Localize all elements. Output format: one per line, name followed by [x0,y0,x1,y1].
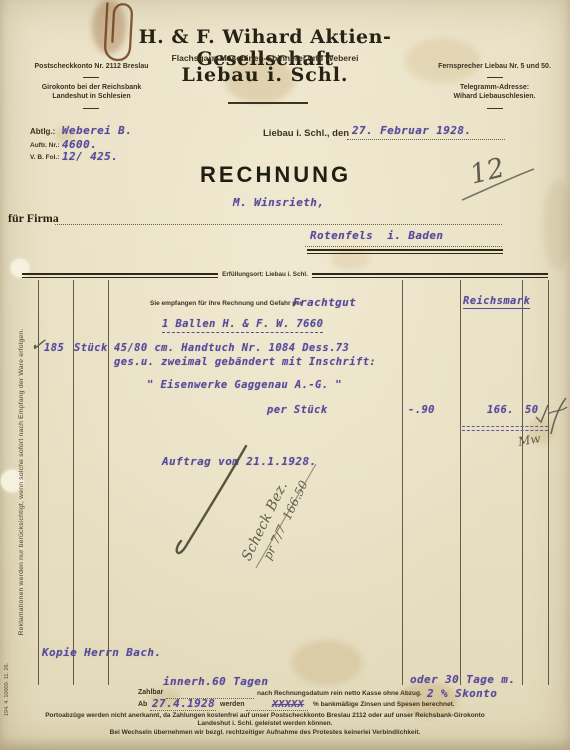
crossed-value: XXXXX [272,699,304,710]
addressee-name: M. Winsrieth, [233,196,324,209]
order-note: Auftrag vom 21.1.1928. [162,455,317,468]
auftr-label: Auftr. Nr.: [30,142,60,150]
package-line: 1 Ballen H. & F. W. 7660 [162,318,323,333]
ab-blank [150,709,216,711]
shipping-printed-label: Sie empfangen für ihre Rechnung und Gefa… [150,300,302,308]
city-underline [228,102,308,104]
table-column-line [402,280,403,685]
wechsel-line: Bei Wechseln übernehmen wir bezgl. recht… [0,729,530,737]
divider [83,108,99,109]
girokonto-line2: Landeshut in Schlesien [14,93,169,102]
row-qty: 185 [44,342,64,354]
table-top-rule-left [22,273,218,278]
city-double-rule [307,249,503,254]
amount-flourish-cross-stroke [548,407,567,414]
porto-line-1: Portoabzüge werden nicht anerkannt, da Z… [0,712,530,720]
margin-form-number: 194. 4. 10000. 11. 26. [4,636,11,716]
ab-label: Ab [138,701,147,710]
handwritten-corner-number: 12 [467,152,508,190]
page-title: RECHNUNG [200,161,335,189]
girokonto-line: Girokonto bei der Reichsbank [14,84,169,93]
pencil-note: Scheck Bez. pr 7/7 166.50 [238,470,313,572]
zinsen-rest: % bankmäßige Zinsen und Spesen berechnet… [313,701,455,709]
date-line [347,138,505,140]
postscheck-line: Postscheckkonto Nr. 2112 Breslau [14,63,169,72]
row-inscription: " Eisenwerke Gaggenau A.-G. " [147,379,342,391]
shipping-method: Frachtgut [293,296,356,309]
currency-header: Reichsmark [463,295,530,309]
margin-reklamation-note: Reklamationen werden nur berücksichtigt,… [18,298,26,666]
row-desc-1: 45/80 cm. Handtuch Nr. 1084 Dess.73 [114,342,349,354]
city-dotted-line [305,245,502,247]
row-per-label: per Stück [267,404,328,416]
typed-skonto: 2 % Skonto [427,687,497,700]
porto-line-2: Landeshut i. Schl. geleistet werden könn… [0,720,530,728]
fuer-firma-label: für Firma [8,211,59,226]
table-column-line [73,280,74,685]
divider [487,108,503,109]
erfuellungsort-label: Erfüllungsort: Liebau i. Schl. [218,271,312,279]
amount-initials: Mw [517,431,542,449]
telegram-label: Telegramm-Adresse: [422,84,567,93]
stain [292,640,362,685]
copy-note: Kopie Herrn Bach. [42,646,161,659]
stain [543,180,570,270]
row-desc-2: ges.u. zweimal gebändert mit Inschrift: [114,356,376,368]
row-amount-mark: 166. [487,404,514,416]
table-column-line [548,280,549,685]
row-unit-price: -.90 [408,404,435,416]
table-column-line [460,280,461,685]
telegram-value: Wihard Liebauschlesien. [422,93,567,102]
invoice-scan: H. & F. Wihard Aktien-Gesellschaft Flach… [0,0,570,750]
table-column-line [108,280,109,685]
abtlg-value: Weberei B. [62,124,132,137]
divider [83,77,99,78]
row-amount-pfennig: 50 [525,404,538,416]
typed-days: innerh.60 Tagen [163,675,268,688]
total-double-dash-rule [462,426,548,431]
table-top-rule-right [312,273,548,278]
firma-line [55,223,502,225]
row-unit: Stück [74,342,108,354]
place-date-value: 27. Februar 1928. [352,124,471,137]
typed-alt-days: oder 30 Tage m. [410,673,515,686]
zahlbar-rest: nach Rechnungsdatum rein netto Kasse ohn… [257,690,422,698]
werden-label: werden [220,701,245,710]
divider [487,77,503,78]
phone-line: Fernsprecher Liebau Nr. 5 und 50. [422,63,567,72]
abtlg-label: Abtlg.: [30,127,55,137]
fol-label: V. B. Fol.: [30,154,59,162]
place-date-label: Liebau i. Schl., den [263,128,349,140]
fol-value: 12/ 425. [62,150,118,163]
table-column-line [522,280,523,685]
addressee-city: Rotenfels i. Baden [310,229,443,242]
